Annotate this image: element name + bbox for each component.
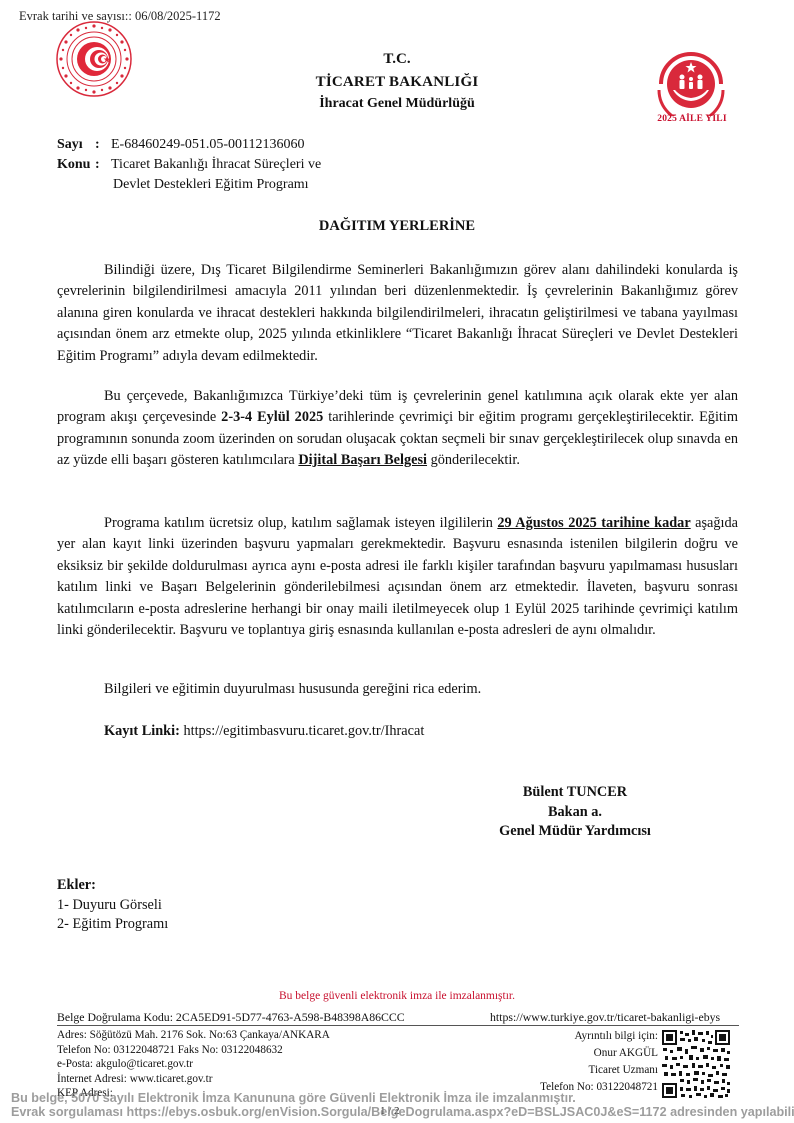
secure-signature-note: Bu belge güvenli elektronik imza ile imz… (0, 990, 794, 1002)
sayi-value: E-68460249-051.05-00112136060 (111, 137, 305, 152)
family-year-caption: 2025 AİLE YILI (650, 114, 734, 124)
footer-address: Adres: Söğütözü Mah. 2176 Sok. No:63 Çan… (57, 1028, 330, 1043)
attachment-item: 1- Duyuru Görseli (57, 896, 168, 916)
signatory-name: Bülent TUNCER (460, 783, 690, 803)
esign-watermark-line2: Evrak sorgulaması https://ebys.osbuk.org… (11, 1105, 794, 1119)
footer-address-block: Adres: Söğütözü Mah. 2176 Sok. No:63 Çan… (57, 1028, 330, 1101)
body-paragraph-2: Bu çerçevede, Bakanlığımızca Türkiye’dek… (57, 386, 738, 472)
verification-url[interactable]: https://www.turkiye.gov.tr/ticaret-bakan… (490, 1010, 720, 1025)
paragraph-3-text-c: aşağıda yer alan kayıt linki üzerinden b… (57, 515, 738, 638)
attachment-item: 2- Eğitim Programı (57, 915, 168, 935)
paragraph-3-text-a: Programa katılım ücretsiz olup, katılım … (104, 515, 497, 531)
footer-website[interactable]: İnternet Adresi: www.ticaret.gov.tr (57, 1072, 330, 1087)
contact-name: Onur AKGÜL (470, 1045, 658, 1062)
signatory-title-1: Bakan a. (460, 803, 690, 823)
sayi-label: Sayı (57, 137, 95, 153)
footer-divider (57, 1025, 739, 1026)
verification-code: Belge Doğrulama Kodu: 2CA5ED91-5D77-4763… (57, 1010, 405, 1025)
meta-sayi: Sayı:E-68460249-051.05-00112136060 (57, 137, 305, 153)
paragraph-2-text-e: gönderilecektir. (427, 452, 520, 468)
meta-konu: Konu:Ticaret Bakanlığı İhracat Süreçleri… (57, 157, 321, 173)
contact-label: Ayrıntılı bilgi için: (470, 1028, 658, 1045)
body-paragraph-1: Bilindiği üzere, Dış Ticaret Bilgilendir… (57, 260, 738, 367)
footer-contact-block: Ayrıntılı bilgi için: Onur AKGÜL Ticaret… (470, 1028, 658, 1096)
attachments: Ekler: 1- Duyuru Görseli 2- Eğitim Progr… (57, 876, 168, 935)
footer-phone-fax: Telefon No: 03122048721 Faks No: 0312204… (57, 1043, 330, 1058)
signature-block: Bülent TUNCER Bakan a. Genel Müdür Yardı… (460, 783, 690, 842)
konu-label: Konu (57, 157, 95, 173)
recipient-heading: DAĞITIM YERLERİNE (0, 218, 794, 235)
registration-deadline: 29 Ağustos 2025 tarihine kadar (497, 515, 690, 531)
certificate-name: Dijital Başarı Belgesi (298, 452, 427, 468)
qr-code-icon (661, 1029, 731, 1099)
konu-separator: : (95, 157, 111, 173)
konu-value-line2: Devlet Destekleri Eğitim Programı (113, 177, 309, 193)
registration-link-label: Kayıt Linki: (104, 723, 180, 739)
registration-link-line: Kayıt Linki: https://egitimbasvuru.ticar… (104, 723, 424, 740)
contact-title: Ticaret Uzmanı (470, 1062, 658, 1079)
esign-watermark-line1: Bu belge, 5070 sayılı Elektronik İmza Ka… (11, 1091, 576, 1105)
event-dates: 2-3-4 Eylül 2025 (221, 409, 323, 425)
footer-email[interactable]: e-Posta: akgulo@ticaret.gov.tr (57, 1057, 330, 1072)
attachments-label: Ekler: (57, 876, 168, 896)
body-paragraph-3: Programa katılım ücretsiz olup, katılım … (57, 513, 738, 641)
paragraph-1-text: Bilindiği üzere, Dış Ticaret Bilgilendir… (57, 262, 738, 364)
registration-link-url[interactable]: https://egitimbasvuru.ticaret.gov.tr/Ihr… (180, 723, 424, 739)
body-paragraph-4: Bilgileri ve eğitimin duyurulması hususu… (104, 681, 481, 698)
signatory-title-2: Genel Müdür Yardımcısı (460, 822, 690, 842)
konu-value-line1: Ticaret Bakanlığı İhracat Süreçleri ve (111, 157, 321, 172)
sayi-separator: : (95, 137, 111, 153)
